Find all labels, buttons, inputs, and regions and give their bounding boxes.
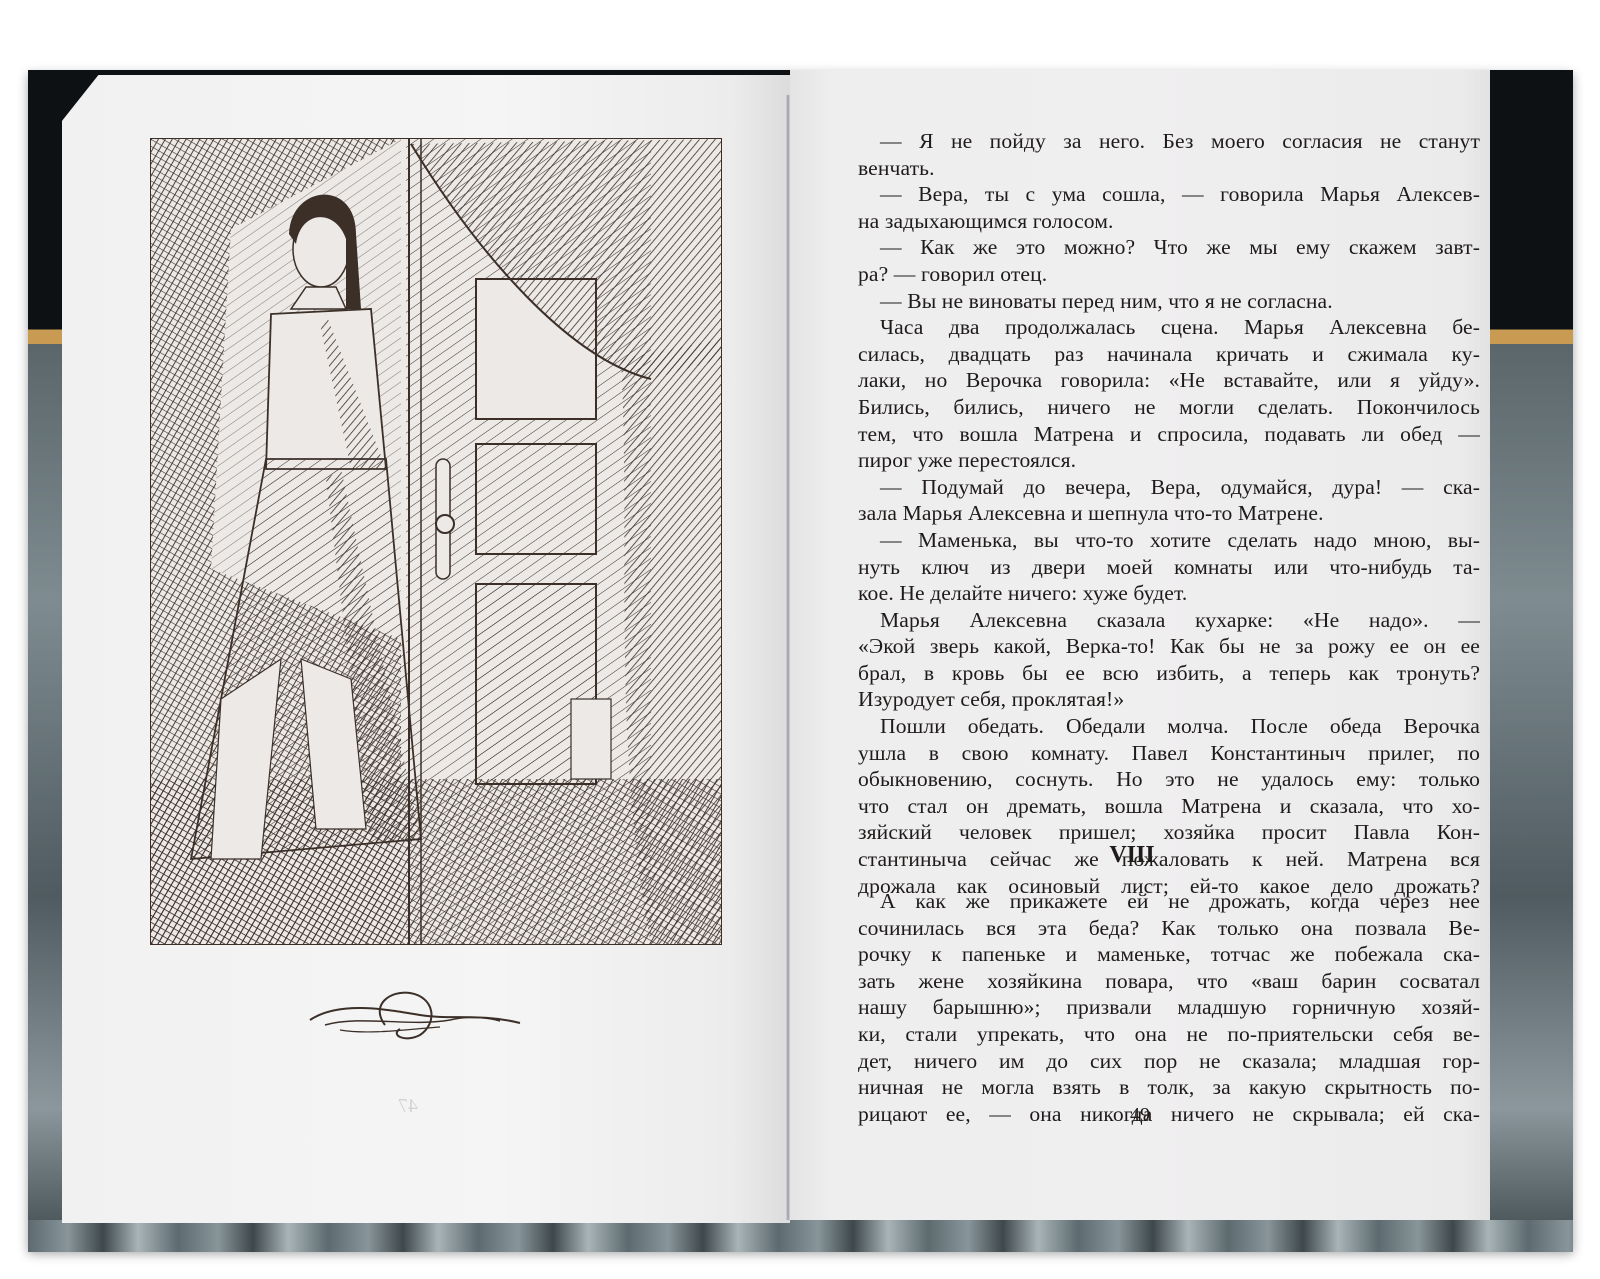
text-line: — Я не пойду за него. Без моего согласия… — [858, 128, 1480, 155]
text-line: — Вы не виноваты перед ним, что я не сог… — [858, 288, 1480, 315]
text-line: что стал он дремать, вошла Матрена и ска… — [858, 793, 1480, 820]
paragraph: — Вера, ты с ума сошла, — говорила Марья… — [858, 181, 1480, 234]
text-line: Пошли обедать. Обедали молча. После обед… — [858, 713, 1480, 740]
paragraph: А как же прикажете ей не дрожать, когда … — [858, 888, 1480, 1127]
text-line: ничная не могла взять в толк, за какую с… — [858, 1074, 1480, 1101]
ghost-page-number: 47 — [378, 1095, 438, 1118]
text-line: «Экой зверь какой, Верка-то! Как бы не з… — [858, 633, 1480, 660]
text-line: Часа два продолжалась сцена. Марья Алекс… — [858, 314, 1480, 341]
text-line: Бились, бились, ничего не могли сделать.… — [858, 394, 1480, 421]
text-line: — Как же это можно? Что же мы ему скажем… — [858, 234, 1480, 261]
text-line: Изуродует себя, проклятая!» — [858, 686, 1480, 713]
text-line: сочинилась вся эта беда? Как только она … — [858, 915, 1480, 942]
text-line: ра? — говорил отец. — [858, 261, 1480, 288]
text-line: силась, двадцать раз начинала кричать и … — [858, 341, 1480, 368]
page-number: 49 — [1110, 1104, 1170, 1127]
text-line: обыкновению, соснуть. Но это не удалось … — [858, 766, 1480, 793]
paragraph: Пошли обедать. Обедали молча. После обед… — [858, 713, 1480, 899]
paragraph: Часа два продолжалась сцена. Марья Алекс… — [858, 314, 1480, 474]
text-line: нашу барышню»; призвали младшую горничну… — [858, 994, 1480, 1021]
text-line: пирог уже перестоялся. — [858, 447, 1480, 474]
chapter-heading: VIII — [1082, 842, 1182, 869]
text-line: нуть ключ из двери моей комнаты или что-… — [858, 554, 1480, 581]
book-cover-bottom-edge — [28, 1220, 1573, 1252]
ink-sketch-icon — [151, 139, 721, 944]
text-line: ушла в свою комнату. Павел Константиныч … — [858, 740, 1480, 767]
text-line: венчать. — [858, 155, 1480, 182]
text-line: зала Марья Алексевна и шепнула что-то Ма… — [858, 500, 1480, 527]
text-line: — Маменька, вы что-то хотите сделать над… — [858, 527, 1480, 554]
text-line: брал, в кровь бы ее всю избить, а теперь… — [858, 660, 1480, 687]
illustration-woman-at-door — [150, 138, 722, 945]
text-line: на задыхающимся голосом. — [858, 208, 1480, 235]
text-line: дет, ничего им до сих пор не сказала; мл… — [858, 1048, 1480, 1075]
text-line: тем, что вошла Матрена и спросила, подав… — [858, 421, 1480, 448]
text-line: ки, стали упрекать, что она не по-прияте… — [858, 1021, 1480, 1048]
text-line: — Подумай до вечера, Вера, одумайся, дур… — [858, 474, 1480, 501]
calligraphic-ornament-icon — [300, 985, 530, 1045]
paragraph: — Подумай до вечера, Вера, одумайся, дур… — [858, 474, 1480, 527]
text-line: кое. Не делайте ничего: хуже будет. — [858, 580, 1480, 607]
paragraph: — Как же это можно? Что же мы ему скажем… — [858, 234, 1480, 287]
text-line: А как же прикажете ей не дрожать, когда … — [858, 888, 1480, 915]
paragraph: — Я не пойду за него. Без моего согласия… — [858, 128, 1480, 181]
text-line: рочку к папеньке и маменьке, тотчас же п… — [858, 941, 1480, 968]
body-text-after-heading: А как же прикажете ей не дрожать, когда … — [858, 888, 1480, 1127]
text-line: лаки, но Верочка говорила: «Не вставайте… — [858, 367, 1480, 394]
text-line: Марья Алексевна сказала кухарке: «Не над… — [858, 607, 1480, 634]
paragraph: — Маменька, вы что-то хотите сделать над… — [858, 527, 1480, 607]
text-line: — Вера, ты с ума сошла, — говорила Марья… — [858, 181, 1480, 208]
text-line: зать жене хозяйкина повара, что «ваш бар… — [858, 968, 1480, 995]
body-text-before-heading: — Я не пойду за него. Без моего согласия… — [858, 128, 1480, 899]
paragraph: Марья Алексевна сказала кухарке: «Не над… — [858, 607, 1480, 713]
paragraph: — Вы не виноваты перед ним, что я не сог… — [858, 288, 1480, 315]
book-spine-gutter — [786, 95, 790, 1220]
